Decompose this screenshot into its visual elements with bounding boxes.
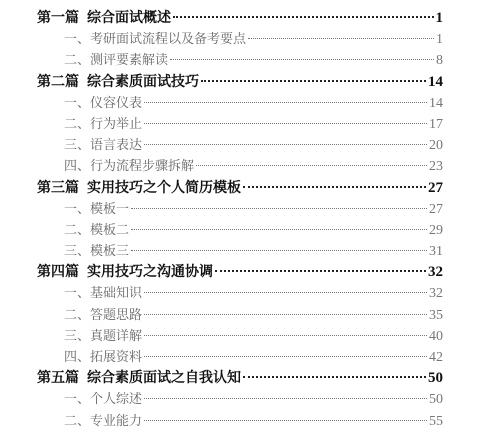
page-number: 1 — [436, 8, 444, 29]
page-number: 29 — [429, 220, 443, 241]
toc-part-1[interactable]: 第一篇综合面试概述1 — [37, 8, 443, 29]
section-title: 语言表达 — [90, 138, 142, 153]
section-title: 模板三 — [90, 244, 129, 259]
section-number: 四、 — [64, 350, 90, 365]
section-number: 四、 — [64, 159, 90, 174]
leader-dots — [144, 314, 427, 315]
section-title: 模板二 — [90, 223, 129, 238]
section-number: 一、 — [64, 202, 90, 217]
page-number: 14 — [429, 93, 443, 114]
leader-dots — [144, 356, 427, 357]
page-number: 1 — [436, 29, 443, 50]
section-number: 二、 — [64, 308, 90, 323]
page-number: 8 — [436, 50, 443, 71]
page-number: 31 — [429, 241, 443, 262]
toc-section[interactable]: 四、拓展资料42 — [37, 347, 443, 368]
toc-part-2[interactable]: 第二篇综合素质面试技巧14 — [37, 72, 443, 93]
toc-section[interactable]: 一、模板一27 — [37, 199, 443, 220]
leader-dots — [131, 229, 427, 230]
section-title: 答题思路 — [90, 308, 142, 323]
section-title: 基础知识 — [90, 286, 142, 301]
section-number: 一、 — [64, 392, 90, 407]
section-number: 二、 — [64, 117, 90, 132]
toc-section[interactable]: 二、测评要素解读8 — [37, 50, 443, 71]
section-title: 模板一 — [90, 202, 129, 217]
toc-section[interactable]: 一、基础知识32 — [37, 283, 443, 304]
section-number: 二、 — [64, 414, 90, 429]
part-number: 第五篇 — [37, 370, 79, 386]
part-number: 第四篇 — [37, 264, 79, 280]
toc-section[interactable]: 二、模板二29 — [37, 220, 443, 241]
leader-dots — [131, 208, 427, 209]
page-number: 23 — [429, 156, 443, 177]
section-title: 个人综述 — [90, 392, 142, 407]
toc-part-4[interactable]: 第四篇实用技巧之沟通协调32 — [37, 262, 443, 283]
leader-dots — [201, 80, 426, 82]
toc-section[interactable]: 二、答题思路35 — [37, 305, 443, 326]
part-number: 第一篇 — [37, 10, 79, 26]
section-number: 三、 — [64, 329, 90, 344]
section-number: 二、 — [64, 53, 90, 68]
page-number: 42 — [429, 347, 443, 368]
part-number: 第二篇 — [37, 74, 79, 90]
leader-dots — [144, 398, 427, 399]
section-title: 测评要素解读 — [90, 53, 168, 68]
section-number: 一、 — [64, 96, 90, 111]
page-number: 14 — [428, 72, 443, 93]
leader-dots — [144, 335, 427, 336]
leader-dots — [144, 123, 427, 124]
part-number: 第三篇 — [37, 180, 79, 196]
section-title: 仪容仪表 — [90, 96, 142, 111]
toc-section[interactable]: 四、行为流程步骤拆解23 — [37, 156, 443, 177]
part-title: 综合面试概述 — [87, 10, 171, 26]
page-number: 17 — [429, 114, 443, 135]
page-number: 35 — [429, 305, 443, 326]
leader-dots — [215, 270, 426, 272]
toc-section[interactable]: 三、模板三31 — [37, 241, 443, 262]
toc-section[interactable]: 一、个人综述50 — [37, 389, 443, 410]
part-title: 综合素质面试之自我认知 — [87, 370, 241, 386]
leader-dots — [131, 250, 427, 251]
section-title: 专业能力 — [90, 414, 142, 429]
leader-dots — [144, 420, 427, 421]
leader-dots — [243, 376, 426, 378]
page-number: 32 — [428, 262, 443, 283]
leader-dots — [144, 144, 427, 145]
page-number: 40 — [429, 326, 443, 347]
page-number: 55 — [429, 411, 443, 432]
leader-dots — [196, 165, 427, 166]
toc-part-5[interactable]: 第五篇综合素质面试之自我认知50 — [37, 368, 443, 389]
section-title: 考研面试流程以及备考要点 — [90, 32, 246, 47]
toc-section[interactable]: 一、考研面试流程以及备考要点1 — [37, 29, 443, 50]
toc-part-3[interactable]: 第三篇实用技巧之个人简历模板27 — [37, 178, 443, 199]
leader-dots — [243, 186, 426, 188]
part-title: 综合素质面试技巧 — [87, 74, 199, 90]
toc-section[interactable]: 二、专业能力55 — [37, 411, 443, 432]
leader-dots — [170, 59, 434, 60]
section-number: 一、 — [64, 32, 90, 47]
table-of-contents: 第一篇综合面试概述1 一、考研面试流程以及备考要点1 二、测评要素解读8 第二篇… — [37, 8, 443, 432]
section-number: 二、 — [64, 223, 90, 238]
toc-section[interactable]: 三、真题详解40 — [37, 326, 443, 347]
page-number: 27 — [428, 178, 443, 199]
section-title: 真题详解 — [90, 329, 142, 344]
toc-section[interactable]: 二、行为举止17 — [37, 114, 443, 135]
section-number: 一、 — [64, 286, 90, 301]
toc-section[interactable]: 三、语言表达20 — [37, 135, 443, 156]
leader-dots — [248, 38, 434, 39]
part-title: 实用技巧之个人简历模板 — [87, 180, 241, 196]
section-title: 行为流程步骤拆解 — [90, 159, 194, 174]
section-number: 三、 — [64, 138, 90, 153]
section-number: 三、 — [64, 244, 90, 259]
page-number: 50 — [428, 368, 443, 389]
leader-dots — [173, 16, 434, 18]
leader-dots — [144, 292, 427, 293]
section-title: 拓展资料 — [90, 350, 142, 365]
page-number: 20 — [429, 135, 443, 156]
section-title: 行为举止 — [90, 117, 142, 132]
page-number: 50 — [429, 389, 443, 410]
page-number: 32 — [429, 283, 443, 304]
page-number: 27 — [429, 199, 443, 220]
leader-dots — [144, 102, 427, 103]
part-title: 实用技巧之沟通协调 — [87, 264, 213, 280]
toc-section[interactable]: 一、仪容仪表14 — [37, 93, 443, 114]
